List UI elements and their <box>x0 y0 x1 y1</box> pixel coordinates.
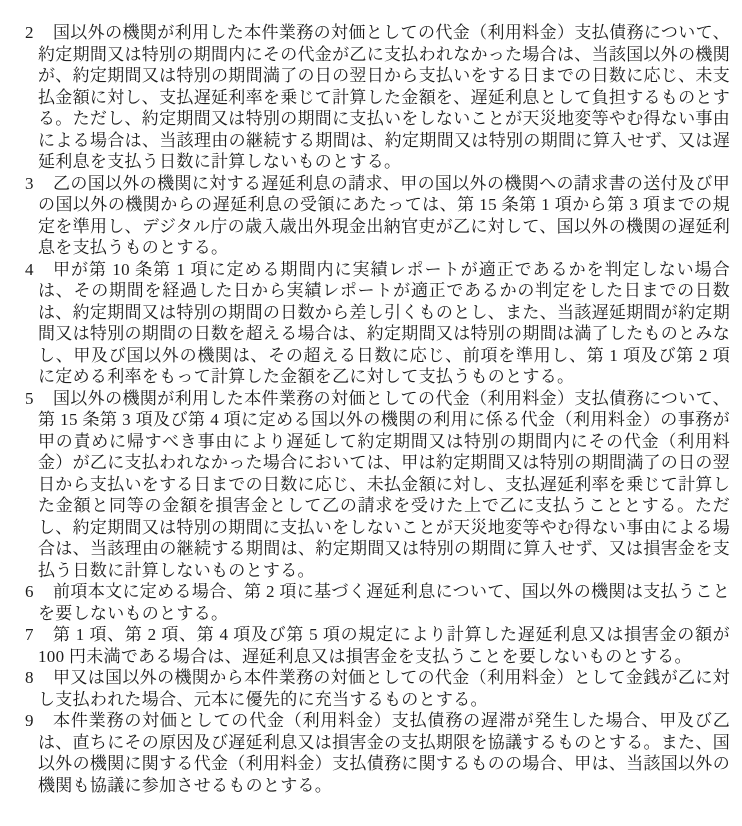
clause-item: 6前項本文に定める場合、第 2 項に基づく遅延利息について、国以外の機関は支払う… <box>25 581 730 624</box>
clause-item: 3乙の国以外の機関に対する遅延利息の請求、甲の国以外の機関への請求書の送付及び甲… <box>25 173 730 259</box>
clause-number: 6 <box>25 581 38 603</box>
clause-item: 7第 1 項、第 2 項、第 4 項及び第 5 項の規定により計算した遅延利息又… <box>25 624 730 667</box>
clause-text: 乙の国以外の機関に対する遅延利息の請求、甲の国以外の機関への請求書の送付及び甲の… <box>38 174 730 258</box>
clause-text: 前項本文に定める場合、第 2 項に基づく遅延利息について、国以外の機関は支払うこ… <box>38 582 730 623</box>
clause-number: 7 <box>25 624 38 646</box>
clause-text: 甲又は国以外の機関から本件業務の対価としての代金（利用料金）として金銭が乙に対し… <box>38 668 730 709</box>
clause-item: 8甲又は国以外の機関から本件業務の対価としての代金（利用料金）として金銭が乙に対… <box>25 667 730 710</box>
clause-text: 本件業務の対価としての代金（利用料金）支払債務の遅滞が発生した場合、甲及び乙は、… <box>38 711 730 795</box>
clause-text: 甲が第 10 条第 1 項に定める期間内に実績レポートが適正であるかを判定しない… <box>38 260 730 387</box>
clause-number: 4 <box>25 259 38 281</box>
document-page: 2国以外の機関が利用した本件業務の対価としての代金（利用料金）支払債務について、… <box>0 0 742 826</box>
clause-text: 国以外の機関が利用した本件業務の対価としての代金（利用料金）支払債務について、第… <box>38 389 730 580</box>
clause-text: 国以外の機関が利用した本件業務の対価としての代金（利用料金）支払債務について、約… <box>38 23 730 171</box>
clause-item: 2国以外の機関が利用した本件業務の対価としての代金（利用料金）支払債務について、… <box>25 22 730 173</box>
clause-number: 2 <box>25 22 38 44</box>
clause-number: 8 <box>25 667 38 689</box>
clause-number: 9 <box>25 710 38 732</box>
clause-item: 4甲が第 10 条第 1 項に定める期間内に実績レポートが適正であるかを判定しな… <box>25 259 730 388</box>
clause-number: 5 <box>25 388 38 410</box>
clause-item: 9本件業務の対価としての代金（利用料金）支払債務の遅滞が発生した場合、甲及び乙は… <box>25 710 730 796</box>
clause-item: 5国以外の機関が利用した本件業務の対価としての代金（利用料金）支払債務について、… <box>25 388 730 582</box>
clause-number: 3 <box>25 173 38 195</box>
clause-list: 2国以外の機関が利用した本件業務の対価としての代金（利用料金）支払債務について、… <box>25 22 730 796</box>
clause-text: 第 1 項、第 2 項、第 4 項及び第 5 項の規定により計算した遅延利息又は… <box>38 625 730 666</box>
